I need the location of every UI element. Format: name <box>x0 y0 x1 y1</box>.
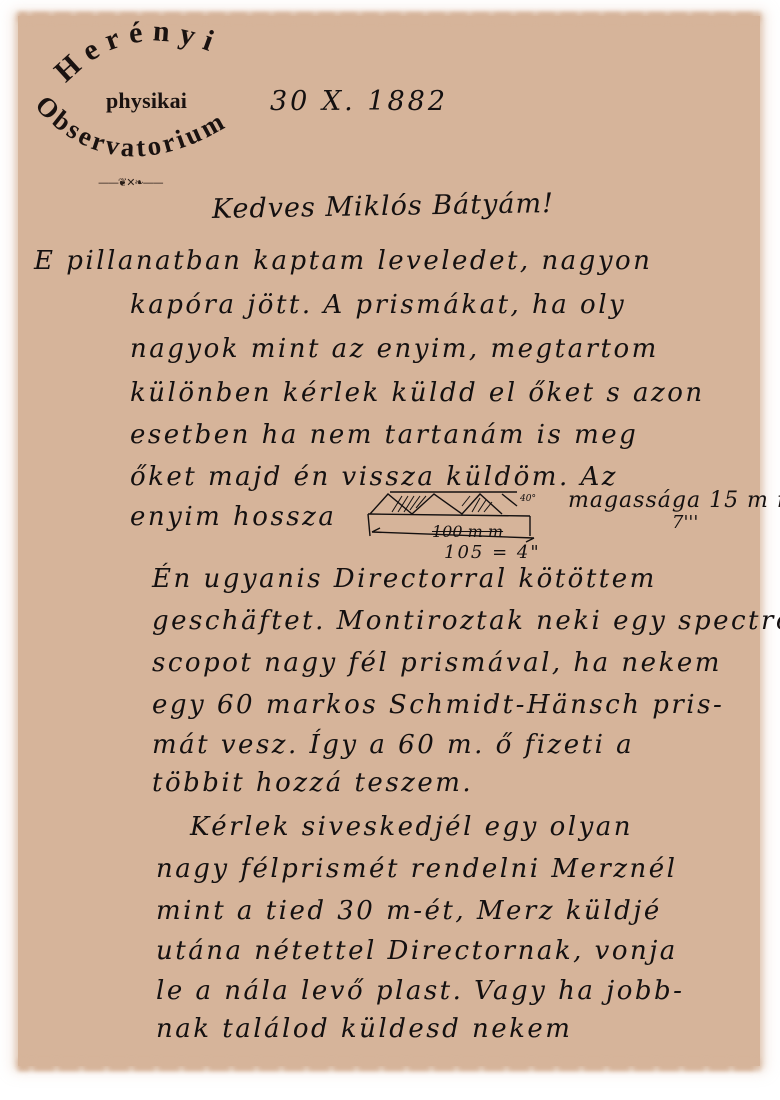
body-line: nak találod küldesd nekem <box>156 1014 572 1044</box>
height-note: magassága 15 m m <box>568 488 780 513</box>
angle-label: 40° <box>520 494 536 504</box>
letterhead-stamp: Herényi Observatorium physikai <box>14 10 294 200</box>
body-line: nagyok mint az enyim, megtartom <box>130 334 659 364</box>
body-line: kapóra jött. A prismákat, ha oly <box>130 290 626 320</box>
body-line: különben kérlek küldd el őket s azon <box>130 378 705 408</box>
body-line: utána nétettel Directornak, vonja <box>156 936 678 966</box>
body-line: le a nála levő plast. Vagy ha jobb- <box>156 976 684 1006</box>
body-line: E pillanatban kaptam leveledet, nagyon <box>34 246 652 276</box>
body-line: enyim hossza <box>130 502 336 532</box>
body-line: nagy félprismét rendelni Merznél <box>156 854 677 884</box>
ornament-divider: ——❦✕❧—— <box>98 176 163 189</box>
svg-text:Herényi: Herényi <box>48 14 227 88</box>
crossed-length-label: 100 m m <box>432 522 503 541</box>
body-line: egy 60 markos Schmidt-Hänsch pris- <box>152 690 724 720</box>
body-line: Kérlek siveskedjél egy olyan <box>190 812 633 842</box>
length-label: 105 = 4" <box>444 542 541 563</box>
letterhead-name: Herényi <box>48 14 227 88</box>
body-line: geschäftet. Montiroztak neki egy spectro… <box>152 606 780 636</box>
body-line: scopot nagy fél prismával, ha nekem <box>152 648 722 678</box>
body-line: mát vesz. Így a 60 m. ő fizeti a <box>152 730 634 760</box>
body-line: mint a tied 30 m-ét, Merz küldjé <box>156 896 662 926</box>
body-line: többit hozzá teszem. <box>152 768 473 798</box>
body-line: esetben ha nem tartanám is meg <box>130 420 638 450</box>
letterhead-subtitle: physikai <box>106 88 187 114</box>
prism-sketch: 40° 100 m m 105 = 4" <box>362 476 542 561</box>
height-sub-note: 7''' <box>672 512 698 533</box>
body-line: Én ugyanis Directorral kötöttem <box>152 564 657 594</box>
letter-salutation: Kedves Miklós Bátyám! <box>212 188 554 225</box>
letter-date: 30 X. 1882 <box>270 86 448 117</box>
